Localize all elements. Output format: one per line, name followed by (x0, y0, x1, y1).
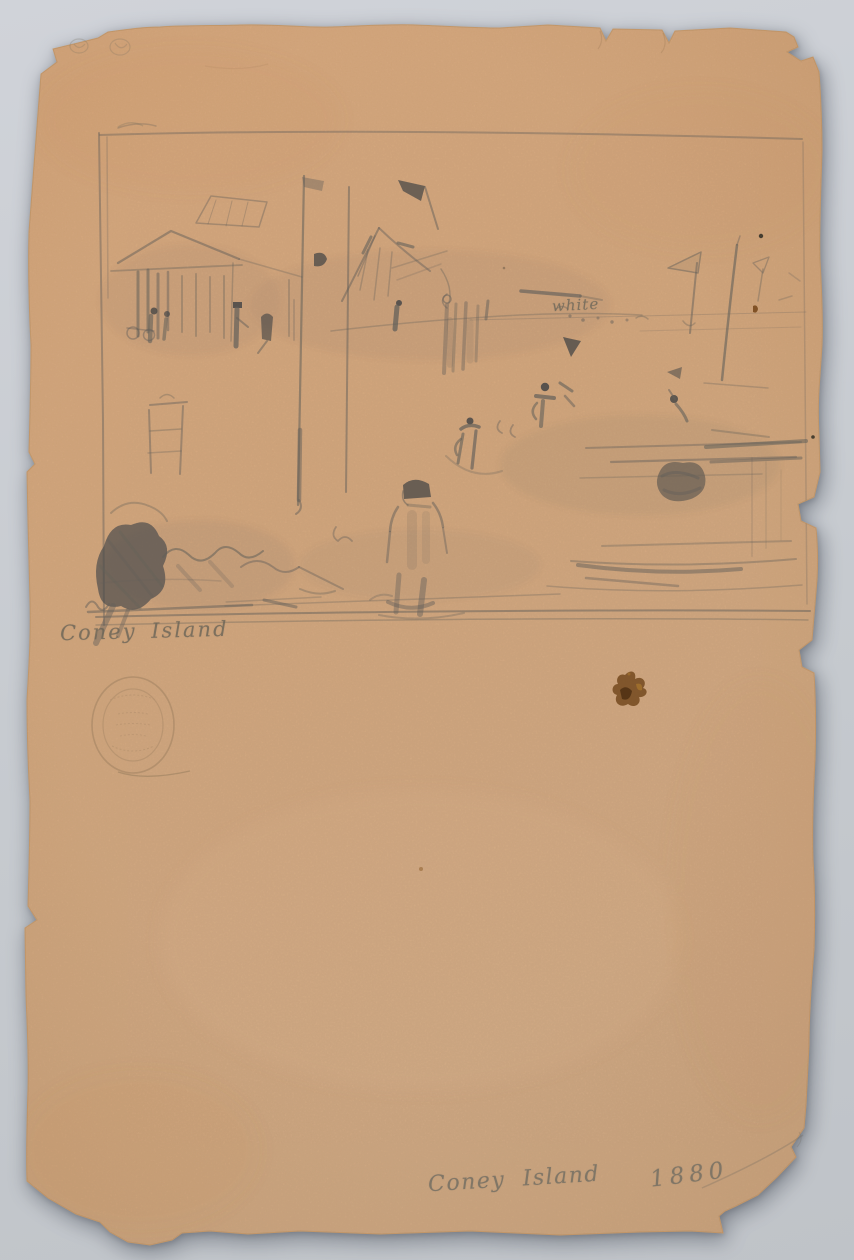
scanned-artwork: Coney Island white Coney Island 1880 (0, 0, 854, 1260)
inscription-caption: Coney Island (60, 617, 229, 645)
inscription-note-white: white (552, 295, 600, 315)
